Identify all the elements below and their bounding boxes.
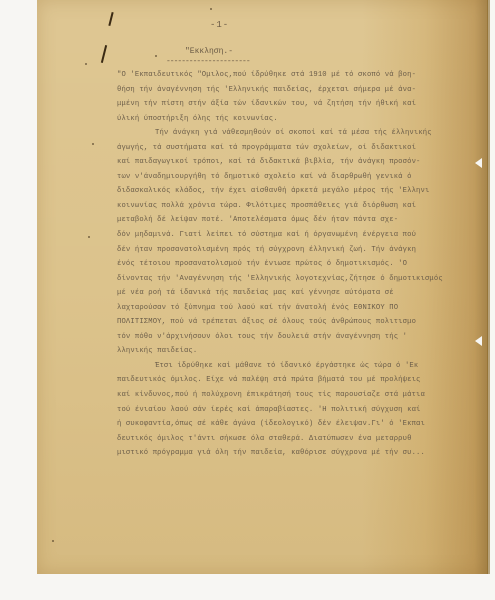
- text-line: δόν μηδαμινά. Γιατί λείπει τό σύστημα κα…: [117, 228, 477, 243]
- text-line: λαχταρούσαν τό ξύπνημα τού λαού καί τήν …: [117, 301, 477, 316]
- title-underline: ----------------------: [166, 57, 250, 66]
- text-line: ύλική ύποστήριξη όλης τής κοινωνίας.: [117, 112, 477, 127]
- text-line: παιδευτικός όμιλος. Είχε νά παλέψη στά π…: [117, 373, 477, 388]
- ink-speck: [85, 63, 87, 65]
- text-line: μεταβολή δέ λείψαν ποτέ. 'Αποτελέσματα ό…: [117, 213, 477, 228]
- ink-speck: [52, 540, 54, 542]
- pencil-mark: [101, 45, 107, 63]
- text-line: μέ νέα ροή τά ίδανικά τής παιδείας μας κ…: [117, 286, 477, 301]
- document-body: "Ο 'Εκπαιδευτικός "Ομιλος,πού ίδρύθηκε σ…: [117, 68, 477, 461]
- text-line: Τήν άνάγκη γιά νάθεσμηθούν οί σκοποί καί…: [117, 126, 477, 141]
- text-line: των ν'άναδημιουργήθη τό δημοτικό σχολείο…: [117, 170, 477, 185]
- text-line: τού ένιαίου λαού σάν ίερές καί άπαραβίασ…: [117, 403, 477, 418]
- text-line: τόν πόθο ν'άρχινήσουν όλοι τους τήν δουλ…: [117, 330, 477, 345]
- text-line: δίνοντας τήν 'Αναγέννηση τής 'Ελληνικής …: [117, 272, 477, 287]
- text-line: θήση τήν άναγέννηση τής 'Ελληνικής παιδε…: [117, 83, 477, 98]
- text-line: ΠΟΛΙΤΙΣΜΟΥ, πού νά τρέπεται άξιος σέ όλο…: [117, 315, 477, 330]
- text-line: ένός τέτοιου προσανατολισμού τήν ένιωσε …: [117, 257, 477, 272]
- ink-speck: [92, 143, 94, 145]
- text-line: μμένη τήν πίστη στήν άξία τών ίδανικών τ…: [117, 97, 477, 112]
- page-number: -1-: [210, 20, 229, 30]
- text-line: δευτικός όμιλος τ'άντι σήκωσε όλα σταθερ…: [117, 432, 477, 447]
- text-line: λληνικής παιδείας.: [117, 344, 477, 359]
- document-title: "Εκκληση.-: [185, 47, 233, 56]
- text-line: καί παιδαγωγικοί τρόποι, καί τά διδακτικ…: [117, 155, 477, 170]
- text-line: ή συκοφαντία,όπως σέ κάθε άγώνα (ίδεολογ…: [117, 417, 477, 432]
- ink-speck: [210, 8, 212, 10]
- text-line: μιστικό πρόγραμμα γιά όλη τήν παιδεία, κ…: [117, 446, 477, 461]
- text-line: "Ο 'Εκπαιδευτικός "Ομιλος,πού ίδρύθηκε σ…: [117, 68, 477, 83]
- text-line: άγωγής, τά συστήματα καί τά προγράμματα …: [117, 141, 477, 156]
- ink-speck: [88, 236, 90, 238]
- text-line: καί κίνδυνος,πού ή πολύχρονη έπικράτησή …: [117, 388, 477, 403]
- text-line: κοινωνίας πολλά χρόνια τώρα. Φιλότιμες π…: [117, 199, 477, 214]
- text-line: Έτσι ίδρύθηκε καί μάθανε τό ίδανικό έργά…: [117, 359, 477, 374]
- ink-speck: [155, 55, 157, 57]
- text-line: δέν ήταν προσανατολισμένη πρός τή σύγχρο…: [117, 243, 477, 258]
- text-line: διδασκαλικός κλάδος, τήν έχει αίσθανθή ά…: [117, 184, 477, 199]
- pencil-mark: [108, 12, 113, 26]
